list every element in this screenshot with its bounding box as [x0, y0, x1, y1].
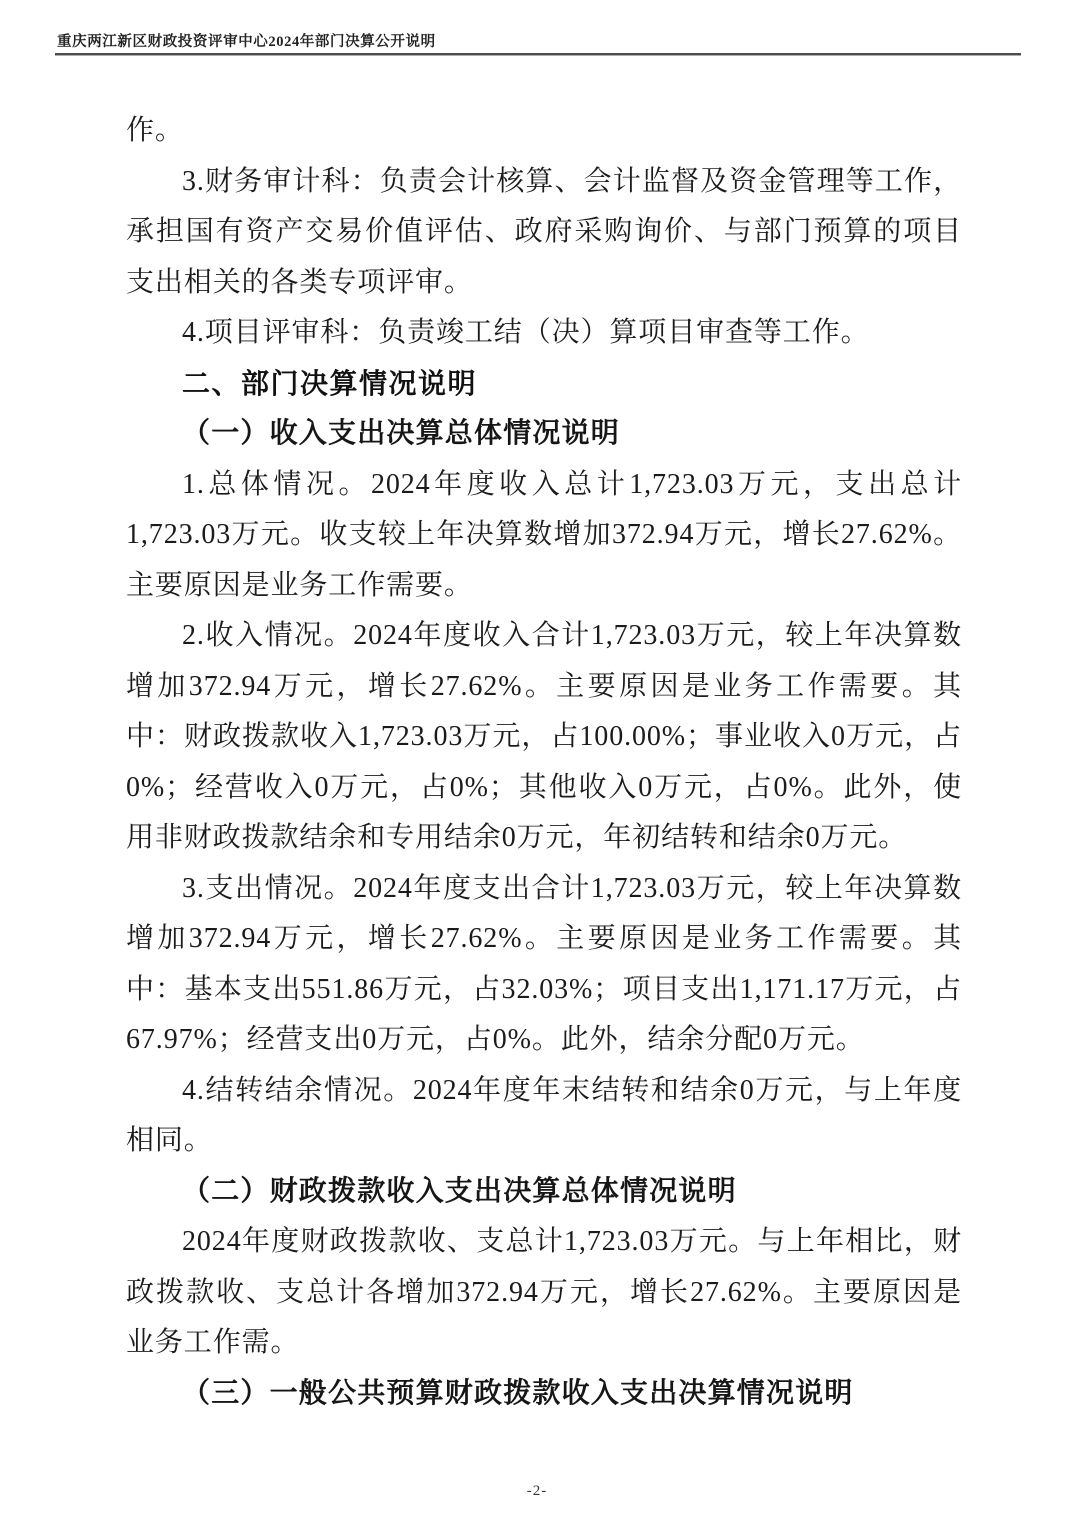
document-page: 重庆两江新区财政投资评审中心2024年部门决算公开说明 作。 3.财务审计科：负… — [0, 0, 1074, 1520]
page-header: 重庆两江新区财政投资评审中心2024年部门决算公开说明 — [57, 30, 1022, 51]
paragraph-continuation: 作。 — [126, 106, 962, 157]
page-footer: -2- — [0, 1482, 1074, 1500]
header-title: 重庆两江新区财政投资评审中心2024年部门决算公开说明 — [57, 34, 436, 50]
section-heading-final-accounts: 二、部门决算情况说明 — [126, 359, 962, 410]
page-number: -2- — [527, 1483, 548, 1499]
paragraph-fiscal-appropriation: 2024年度财政拨款收、支总计1,723.03万元。与上年相比，财政拨款收、支总… — [126, 1217, 962, 1369]
paragraph-dept-project-review: 4.项目评审科：负责竣工结（决）算项目审查等工作。 — [126, 308, 962, 359]
subsection-heading-fiscal-appropriation: （二）财政拨款收入支出决算总体情况说明 — [126, 1167, 962, 1218]
subsection-heading-general-public-budget: （三）一般公共预算财政拨款收入支出决算情况说明 — [126, 1369, 962, 1420]
paragraph-overall-situation: 1.总体情况。2024年度收入总计1,723.03万元，支出总计1,723.03… — [126, 460, 962, 612]
paragraph-expenditure-situation: 3.支出情况。2024年度支出合计1,723.03万元，较上年决算数增加372.… — [126, 864, 962, 1066]
header-rule — [55, 53, 1021, 55]
paragraph-carryover-situation: 4.结转结余情况。2024年度年末结转和结余0万元，与上年度相同。 — [126, 1066, 962, 1167]
paragraph-income-situation: 2.收入情况。2024年度收入合计1,723.03万元，较上年决算数增加372.… — [126, 611, 962, 864]
paragraph-dept-finance-audit: 3.财务审计科：负责会计核算、会计监督及资金管理等工作，承担国有资产交易价值评估… — [126, 157, 962, 309]
document-body: 作。 3.财务审计科：负责会计核算、会计监督及资金管理等工作，承担国有资产交易价… — [126, 106, 962, 1419]
subsection-heading-income-expenditure: （一）收入支出决算总体情况说明 — [126, 409, 962, 460]
